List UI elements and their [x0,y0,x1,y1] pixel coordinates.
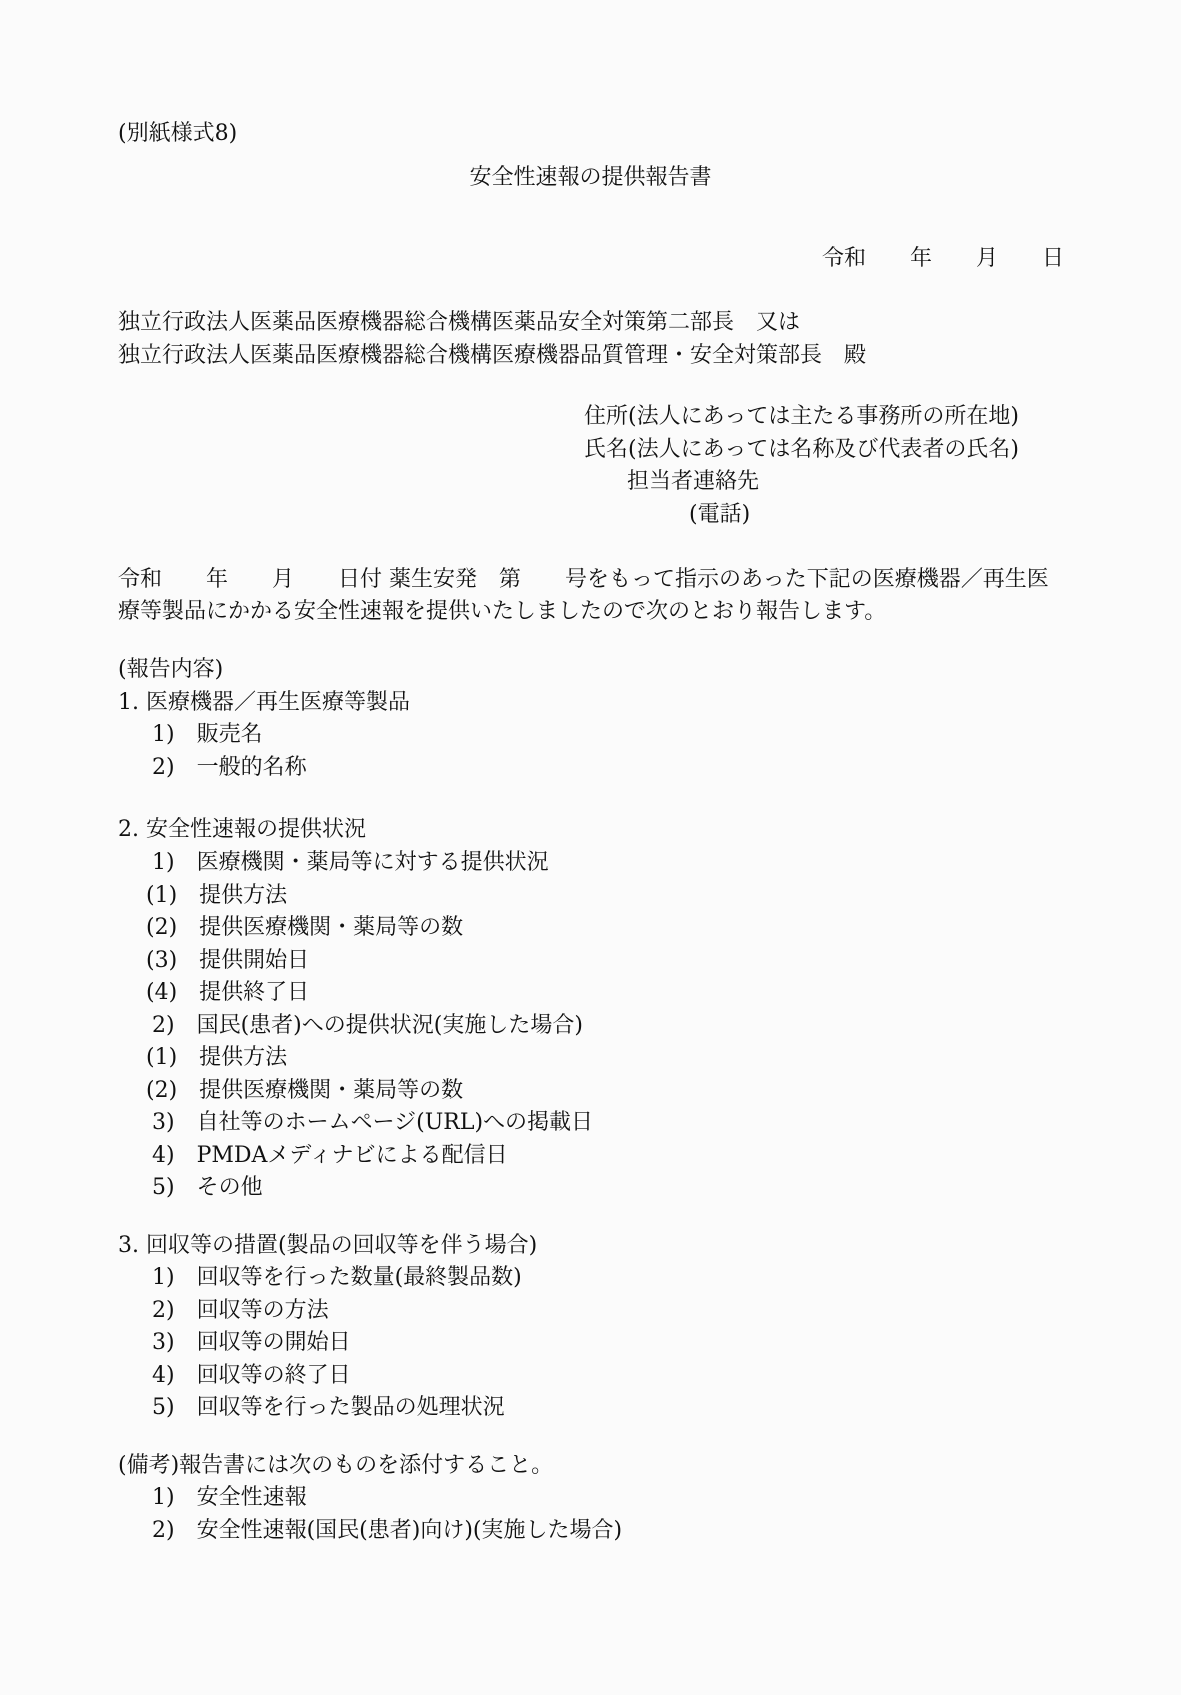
section-2-item-1-4: (4) 提供終了日 [146,981,309,1005]
remarks-item-2: 2) 安全性速報(国民(患者)向け)(実施した場合) [152,1519,622,1543]
section-2-item-2: 2) 国民(患者)への提供状況(実施した場合) [152,1014,583,1038]
section-2-item-2-1: (1) 提供方法 [146,1046,287,1070]
document-title: 安全性速報の提供報告書 [0,166,1181,190]
section-1-item-1: 1) 販売名 [152,723,263,747]
report-contents-label: (報告内容) [118,658,223,682]
date-line: 令和 年 月 日 [822,247,1064,271]
section-3-item-3: 3) 回収等の開始日 [152,1331,351,1355]
sender-name-label: 氏名(法人にあっては名称及び代表者の氏名) [584,438,1019,462]
section-3-heading: 3. 回収等の措置(製品の回収等を伴う場合) [118,1234,537,1258]
section-2-heading: 2. 安全性速報の提供状況 [118,818,366,842]
section-2-item-1-2: (2) 提供医療機関・薬局等の数 [146,916,463,940]
section-2-item-1-1: (1) 提供方法 [146,884,287,908]
section-2-item-2-2: (2) 提供医療機関・薬局等の数 [146,1079,463,1103]
section-2-item-1-3: (3) 提供開始日 [146,949,309,973]
body-paragraph-line-2: 療等製品にかかる安全性速報を提供いたしましたので次のとおり報告します。 [118,600,886,624]
document-page: (別紙様式8) 安全性速報の提供報告書 令和 年 月 日 独立行政法人医薬品医療… [0,0,1181,1695]
remarks-heading: (備考)報告書には次のものを添付すること。 [118,1454,553,1478]
section-2-item-5: 5) その他 [152,1176,263,1200]
section-1-heading: 1. 医療機器／再生医療等製品 [118,691,410,715]
addressee-line-2: 独立行政法人医薬品医療機器総合機構医療機器品質管理・安全対策部長 殿 [118,344,866,368]
sender-phone-label: (電話) [689,503,750,527]
remarks-item-1: 1) 安全性速報 [152,1486,307,1510]
sender-address-label: 住所(法人にあっては主たる事務所の所在地) [584,405,1019,429]
section-3-item-4: 4) 回収等の終了日 [152,1364,351,1388]
section-2-item-4: 4) PMDAメディナビによる配信日 [152,1144,508,1168]
form-number: (別紙様式8) [118,122,237,146]
addressee-line-1: 独立行政法人医薬品医療機器総合機構医薬品安全対策第二部長 又は [118,311,800,335]
sender-contact-label: 担当者連絡先 [627,470,759,494]
section-1-item-2: 2) 一般的名称 [152,756,307,780]
section-2-item-3: 3) 自社等のホームページ(URL)への掲載日 [152,1111,593,1135]
section-3-item-5: 5) 回収等を行った製品の処理状況 [152,1396,505,1420]
section-3-item-1: 1) 回収等を行った数量(最終製品数) [152,1266,522,1290]
body-paragraph-line-1: 令和 年 月 日付 薬生安発 第 号をもって指示のあった下記の医療機器／再生医 [118,568,1049,592]
section-3-item-2: 2) 回収等の方法 [152,1299,329,1323]
section-2-item-1: 1) 医療機関・薬局等に対する提供状況 [152,851,549,875]
